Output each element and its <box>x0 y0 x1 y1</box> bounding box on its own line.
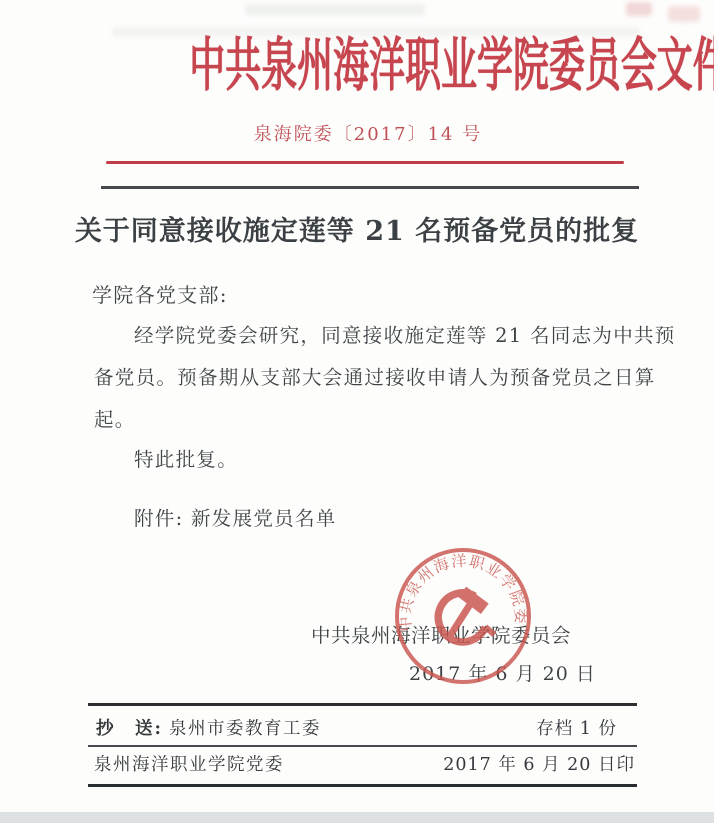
red-separator-line <box>106 161 624 164</box>
body-paragraph-line: 备党员。预备期从支部大会通过接收申请人为预备党员之日算 <box>94 362 656 390</box>
scan-smudge <box>245 4 425 16</box>
attachment-line: 附件: 新发展党员名单 <box>134 503 337 531</box>
letterhead: 中共泉州海洋职业学院委员会文件 <box>0 33 714 97</box>
body-paragraph-line: 起。 <box>94 404 136 432</box>
footer-archive-note: 存档 1 份 <box>536 715 617 740</box>
footer-cc-value: 泉州市委教育工委 <box>169 719 321 739</box>
black-separator-line <box>101 186 639 189</box>
scan-smudge-red <box>626 2 652 16</box>
doc-number: 泉海院委〔2017〕14 号 <box>0 120 714 146</box>
footer-top-rule <box>88 703 637 706</box>
hammer-sickle-icon <box>435 588 495 645</box>
official-seal: 中共泉州海洋职业学院委员会 <box>389 541 537 689</box>
footer-divider-rule <box>88 745 637 747</box>
salutation: 学院各党支部: <box>92 279 228 308</box>
footer-print-date: 2017 年 6 月 20 日印 <box>443 751 635 776</box>
footer-cc-label: 抄 送: <box>96 719 163 739</box>
org-title: 中共泉州海洋职业学院委员会文件 <box>189 33 714 97</box>
scan-edge-band <box>0 812 714 823</box>
closing-line: 特此批复。 <box>134 444 238 472</box>
footer-bottom-rule <box>88 784 637 787</box>
document-title: 关于同意接收施定莲等 21 名预备党员的批复 <box>0 209 714 248</box>
scan-smudge-red <box>668 6 700 22</box>
document-page: 中共泉州海洋职业学院委员会文件 泉海院委〔2017〕14 号 关于同意接收施定莲… <box>0 0 714 823</box>
body-paragraph-line: 经学院党委会研究，同意接收施定莲等 21 名同志为中共预 <box>94 320 676 348</box>
footer-issuer: 泉州海洋职业学院党委 <box>94 751 284 776</box>
